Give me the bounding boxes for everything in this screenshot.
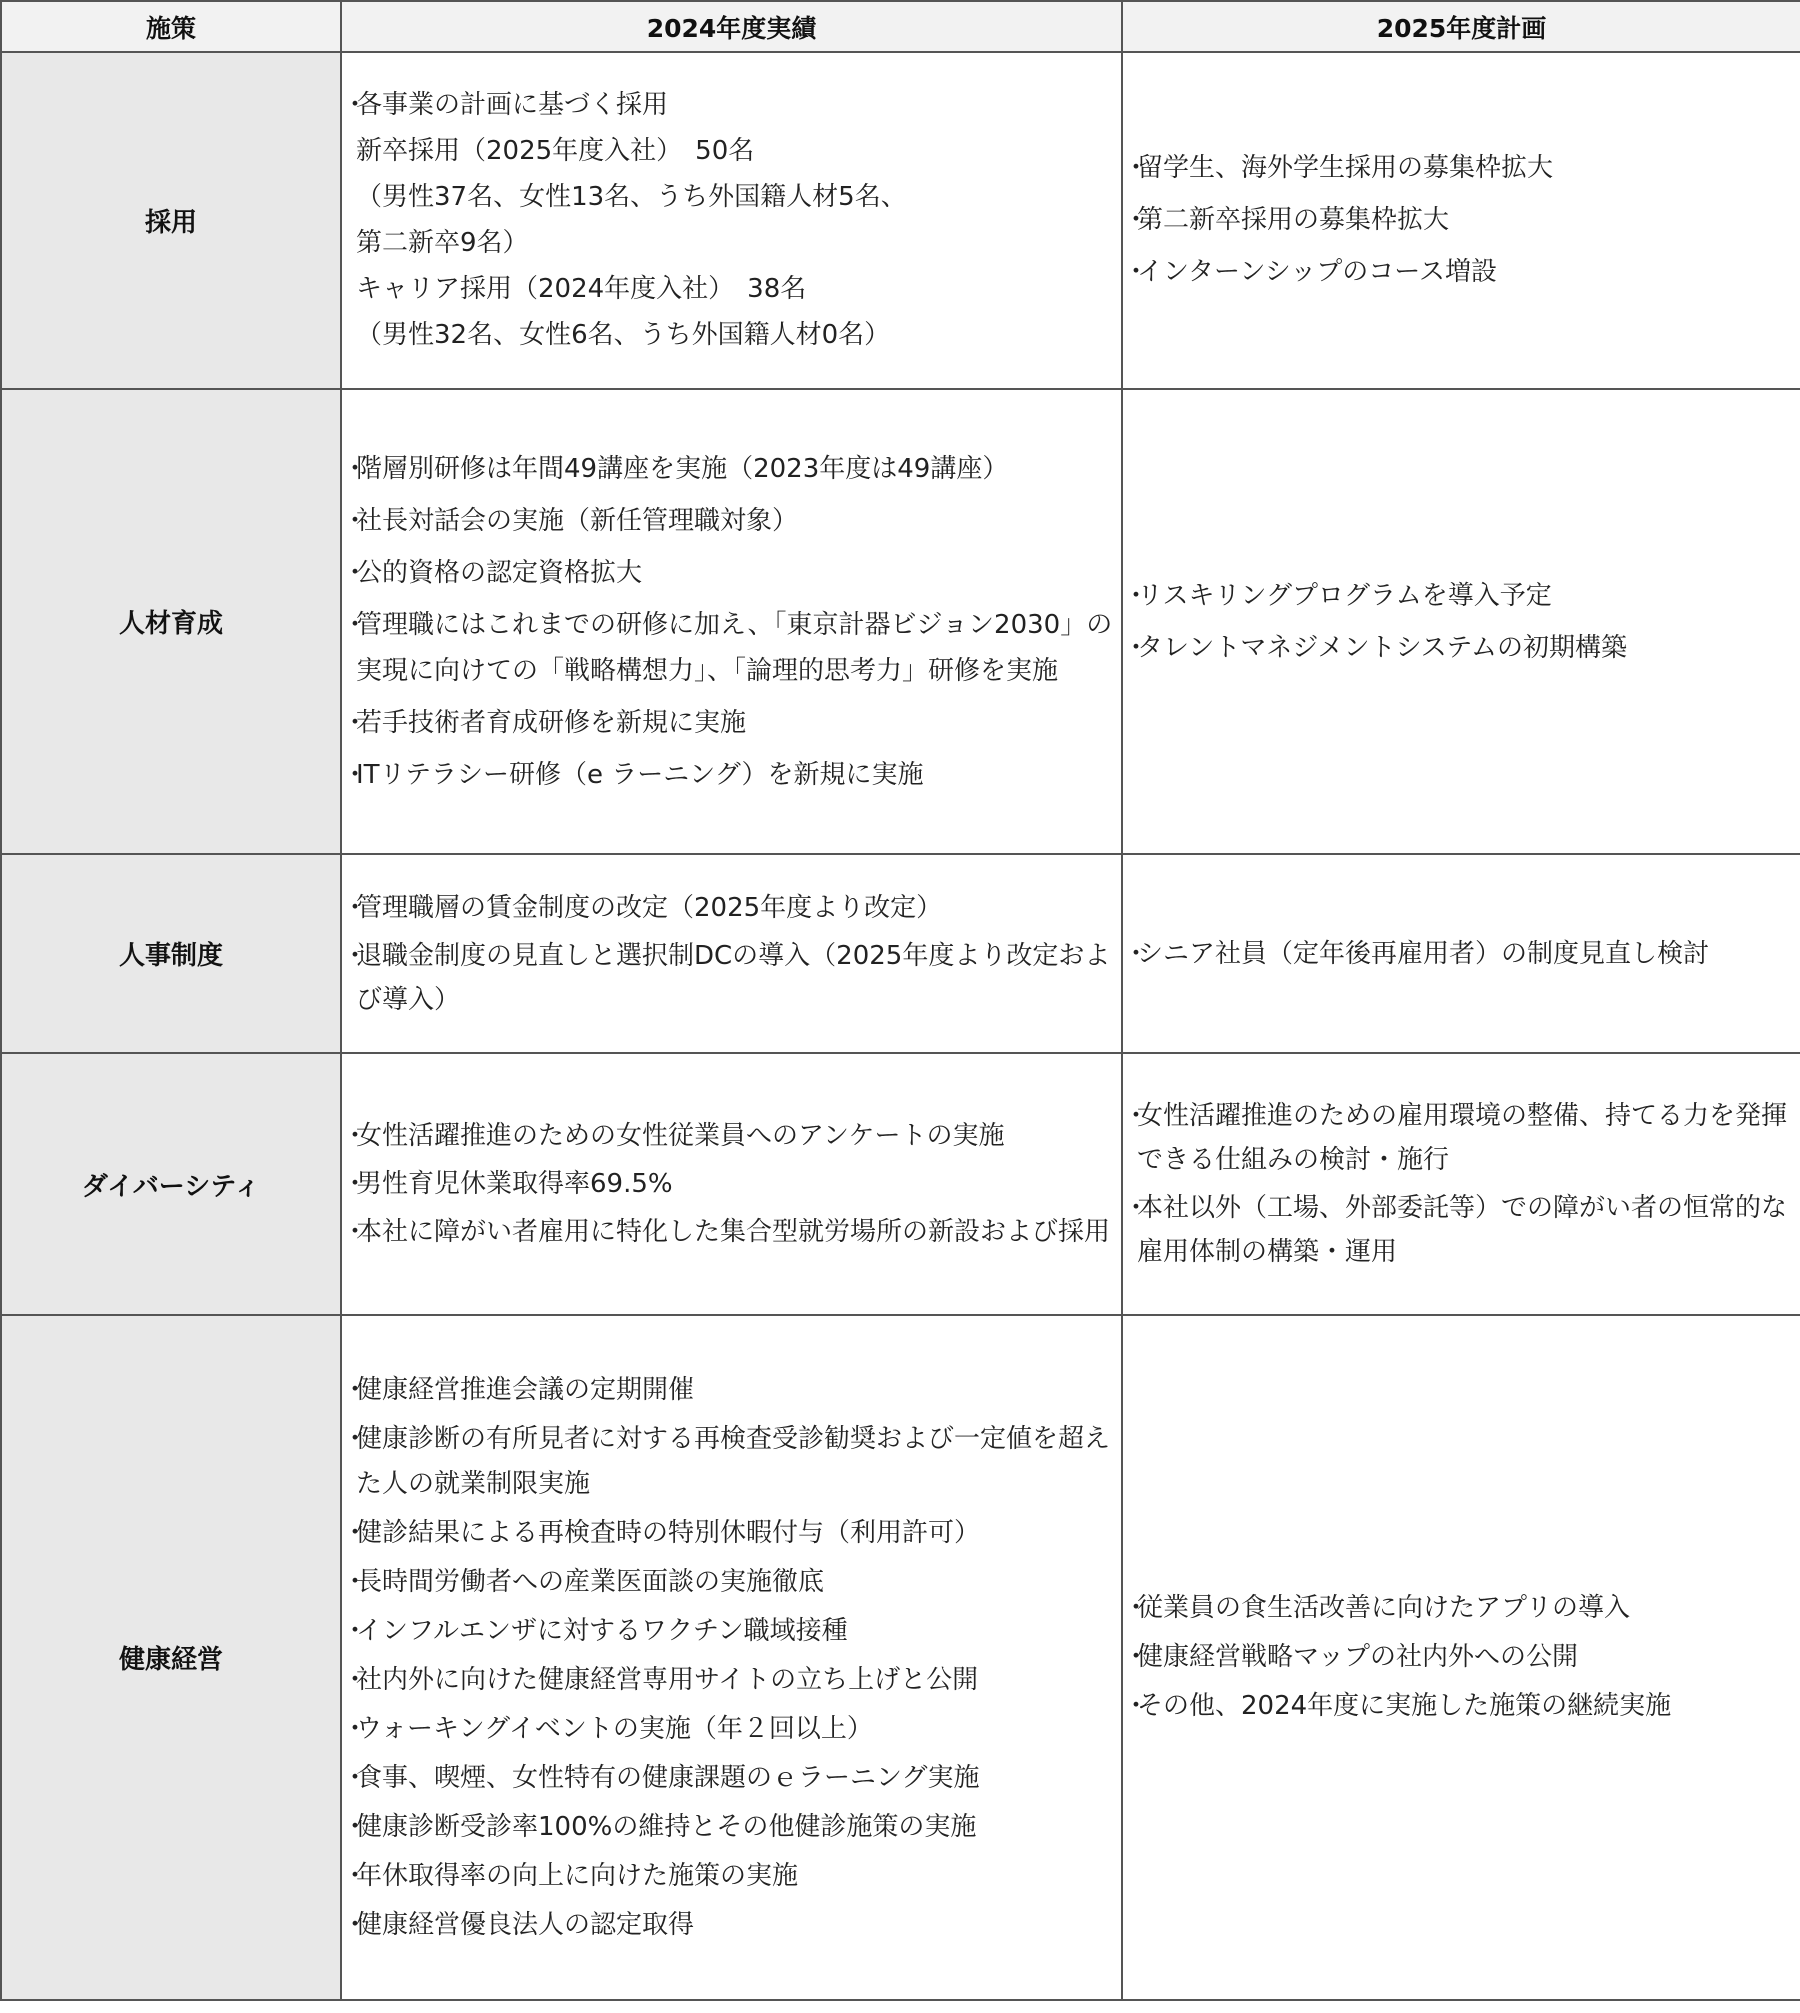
plan-cell: ・シニア社員（定年後再雇用者）の制度見直し検討 <box>1122 854 1800 1053</box>
list-item: ・各事業の計画に基づく採用 新卒採用（2025年度入社） 50名 （男性37名、… <box>342 83 1121 358</box>
list-item: ・本社に障がい者雇用に特化した集合型就労場所の新設および採用 <box>342 1210 1121 1254</box>
list-item: ・ウォーキングイベントの実施（年２回以上） <box>342 1707 1121 1752</box>
bullet-icon: ・ <box>342 446 356 492</box>
bullet-icon: ・ <box>342 1210 356 1254</box>
results-list: ・各事業の計画に基づく採用 新卒採用（2025年度入社） 50名 （男性37名、… <box>342 83 1121 358</box>
list-item: ・健康経営戦略マップの社内外への公開 <box>1123 1635 1800 1680</box>
plan-cell: ・留学生、海外学生採用の募集枠拡大 ・第二新卒採用の募集枠拡大 ・インターンシッ… <box>1122 52 1800 389</box>
bullet-icon: ・ <box>342 550 356 596</box>
measure-cell: 人材育成 <box>1 389 341 854</box>
bullet-icon: ・ <box>342 1560 356 1605</box>
results-cell: ・健康経営推進会議の定期開催 ・健康診断の有所見者に対する再検査受診勧奨および一… <box>341 1315 1122 2000</box>
bullet-icon: ・ <box>1123 146 1137 191</box>
list-item: ・タレントマネジメントシステムの初期構築 <box>1123 625 1800 671</box>
header-measure: 施策 <box>1 1 341 52</box>
header-2024-results: 2024年度実績 <box>341 1 1122 52</box>
list-item: ・食事、喫煙、女性特有の健康課題のｅラーニング実施 <box>342 1756 1121 1801</box>
list-item: ・管理職にはこれまでの研修に加え、「東京計器ビジョン2030」の実現に向けての「… <box>342 602 1121 694</box>
sub-line: キャリア採用（2024年度入社） 38名 <box>356 266 1121 312</box>
bullet-icon: ・ <box>342 1854 356 1899</box>
table-row-health-management: 健康経営 ・健康経営推進会議の定期開催 ・健康診断の有所見者に対する再検査受診勧… <box>1 1315 1800 2000</box>
measure-cell: ダイバーシティ <box>1 1053 341 1315</box>
plan-list: ・女性活躍推進のための雇用環境の整備、持てる力を発揮できる仕組みの検討・施行 ・… <box>1123 1094 1800 1274</box>
results-cell: ・女性活躍推進のための女性従業員へのアンケートの実施 ・男性育児休業取得率69.… <box>341 1053 1122 1315</box>
measure-cell: 採用 <box>1 52 341 389</box>
list-item: ・第二新卒採用の募集枠拡大 <box>1123 198 1800 243</box>
list-item: ・若手技術者育成研修を新規に実施 <box>342 700 1121 746</box>
results-cell: ・階層別研修は年間49講座を実施（2023年度は49講座） ・社長対話会の実施（… <box>341 389 1122 854</box>
plan-list: ・リスキリングプログラムを導入予定 ・タレントマネジメントシステムの初期構築 <box>1123 573 1800 671</box>
header-row: 施策 2024年度実績 2025年度計画 <box>1 1 1800 52</box>
bullet-icon: ・ <box>342 498 356 544</box>
table-row-training: 人材育成 ・階層別研修は年間49講座を実施（2023年度は49講座） ・社長対話… <box>1 389 1800 854</box>
measure-cell: 人事制度 <box>1 854 341 1053</box>
list-item: ・本社以外（工場、外部委託等）での障がい者の恒常的な雇用体制の構築・運用 <box>1123 1186 1800 1274</box>
bullet-icon: ・ <box>342 886 356 930</box>
sub-line: （男性37名、女性13名、うち外国籍人材5名、 <box>356 174 1121 220</box>
bullet-icon: ・ <box>342 700 356 746</box>
plan-list: ・シニア社員（定年後再雇用者）の制度見直し検討 <box>1123 932 1800 976</box>
bullet-icon: ・ <box>1123 932 1137 976</box>
plan-cell: ・従業員の食生活改善に向けたアプリの導入 ・健康経営戦略マップの社内外への公開 … <box>1122 1315 1800 2000</box>
results-cell: ・各事業の計画に基づく採用 新卒採用（2025年度入社） 50名 （男性37名、… <box>341 52 1122 389</box>
list-item: ・健康診断の有所見者に対する再検査受診勧奨および一定値を超えた人の就業制限実施 <box>342 1417 1121 1507</box>
results-list: ・健康経営推進会議の定期開催 ・健康診断の有所見者に対する再検査受診勧奨および一… <box>342 1368 1121 1948</box>
bullet-icon: ・ <box>342 1707 356 1752</box>
list-item: ・健診結果による再検査時の特別休暇付与（利用許可） <box>342 1511 1121 1556</box>
bullet-icon: ・ <box>342 934 356 978</box>
list-item: ・リスキリングプログラムを導入予定 <box>1123 573 1800 619</box>
list-item: ・ITリテラシー研修（e ラーニング）を新規に実施 <box>342 752 1121 798</box>
bullet-icon: ・ <box>1123 625 1137 671</box>
list-item: ・退職金制度の見直しと選択制DCの導入（2025年度より改定および導入） <box>342 934 1121 1022</box>
hr-measures-table: 施策 2024年度実績 2025年度計画 採用 ・各事業の計画に基づく採用 新卒… <box>0 0 1800 2001</box>
bullet-icon: ・ <box>342 752 356 798</box>
list-item: ・男性育児休業取得率69.5% <box>342 1162 1121 1206</box>
results-list: ・階層別研修は年間49講座を実施（2023年度は49講座） ・社長対話会の実施（… <box>342 446 1121 798</box>
list-item: ・従業員の食生活改善に向けたアプリの導入 <box>1123 1586 1800 1631</box>
bullet-icon: ・ <box>342 1903 356 1948</box>
results-cell: ・管理職層の賃金制度の改定（2025年度より改定） ・退職金制度の見直しと選択制… <box>341 854 1122 1053</box>
bullet-icon: ・ <box>342 1114 356 1158</box>
list-item: ・健康経営優良法人の認定取得 <box>342 1903 1121 1948</box>
header-2025-plan: 2025年度計画 <box>1122 1 1800 52</box>
bullet-icon: ・ <box>1123 1635 1137 1680</box>
list-item: ・階層別研修は年間49講座を実施（2023年度は49講座） <box>342 446 1121 492</box>
bullet-icon: ・ <box>342 1805 356 1850</box>
bullet-icon: ・ <box>342 83 356 128</box>
bullet-icon: ・ <box>342 1368 356 1413</box>
bullet-icon: ・ <box>1123 1684 1137 1729</box>
sub-line: （男性32名、女性6名、うち外国籍人材0名） <box>356 312 1121 358</box>
results-list: ・管理職層の賃金制度の改定（2025年度より改定） ・退職金制度の見直しと選択制… <box>342 886 1121 1022</box>
list-item: ・健康経営推進会議の定期開催 <box>342 1368 1121 1413</box>
bullet-icon: ・ <box>1123 1094 1137 1138</box>
list-item: ・管理職層の賃金制度の改定（2025年度より改定） <box>342 886 1121 930</box>
measure-cell: 健康経営 <box>1 1315 341 2000</box>
bullet-icon: ・ <box>1123 250 1137 295</box>
table-row-hr-system: 人事制度 ・管理職層の賃金制度の改定（2025年度より改定） ・退職金制度の見直… <box>1 854 1800 1053</box>
sub-line: 新卒採用（2025年度入社） 50名 <box>356 128 1121 174</box>
bullet-icon: ・ <box>342 602 356 648</box>
bullet-icon: ・ <box>342 1162 356 1206</box>
bullet-icon: ・ <box>342 1511 356 1556</box>
bullet-icon: ・ <box>1123 198 1137 243</box>
list-item: ・その他、2024年度に実施した施策の継続実施 <box>1123 1684 1800 1729</box>
list-item: ・女性活躍推進のための女性従業員へのアンケートの実施 <box>342 1114 1121 1158</box>
bullet-icon: ・ <box>1123 573 1137 619</box>
list-item: ・社内外に向けた健康経営専用サイトの立ち上げと公開 <box>342 1658 1121 1703</box>
bullet-icon: ・ <box>342 1658 356 1703</box>
results-list: ・女性活躍推進のための女性従業員へのアンケートの実施 ・男性育児休業取得率69.… <box>342 1114 1121 1254</box>
list-item: ・インターンシップのコース増設 <box>1123 250 1800 295</box>
list-item: ・インフルエンザに対するワクチン職域接種 <box>342 1609 1121 1654</box>
bullet-icon: ・ <box>342 1609 356 1654</box>
bullet-icon: ・ <box>342 1756 356 1801</box>
plan-list: ・従業員の食生活改善に向けたアプリの導入 ・健康経営戦略マップの社内外への公開 … <box>1123 1586 1800 1729</box>
list-item: ・長時間労働者への産業医面談の実施徹底 <box>342 1560 1121 1605</box>
list-item: ・シニア社員（定年後再雇用者）の制度見直し検討 <box>1123 932 1800 976</box>
list-item: ・女性活躍推進のための雇用環境の整備、持てる力を発揮できる仕組みの検討・施行 <box>1123 1094 1800 1182</box>
list-item: ・公的資格の認定資格拡大 <box>342 550 1121 596</box>
sub-line: 第二新卒9名） <box>356 220 1121 266</box>
plan-cell: ・リスキリングプログラムを導入予定 ・タレントマネジメントシステムの初期構築 <box>1122 389 1800 854</box>
table-row-diversity: ダイバーシティ ・女性活躍推進のための女性従業員へのアンケートの実施 ・男性育児… <box>1 1053 1800 1315</box>
plan-cell: ・女性活躍推進のための雇用環境の整備、持てる力を発揮できる仕組みの検討・施行 ・… <box>1122 1053 1800 1315</box>
bullet-icon: ・ <box>342 1417 356 1462</box>
bullet-icon: ・ <box>1123 1586 1137 1631</box>
list-item: ・社長対話会の実施（新任管理職対象） <box>342 498 1121 544</box>
list-item: ・留学生、海外学生採用の募集枠拡大 <box>1123 146 1800 191</box>
list-item: ・健康診断受診率100%の維持とその他健診施策の実施 <box>342 1805 1121 1850</box>
plan-list: ・留学生、海外学生採用の募集枠拡大 ・第二新卒採用の募集枠拡大 ・インターンシッ… <box>1123 146 1800 295</box>
table-row-hiring: 採用 ・各事業の計画に基づく採用 新卒採用（2025年度入社） 50名 （男性3… <box>1 52 1800 389</box>
bullet-icon: ・ <box>1123 1186 1137 1230</box>
list-item: ・年休取得率の向上に向けた施策の実施 <box>342 1854 1121 1899</box>
